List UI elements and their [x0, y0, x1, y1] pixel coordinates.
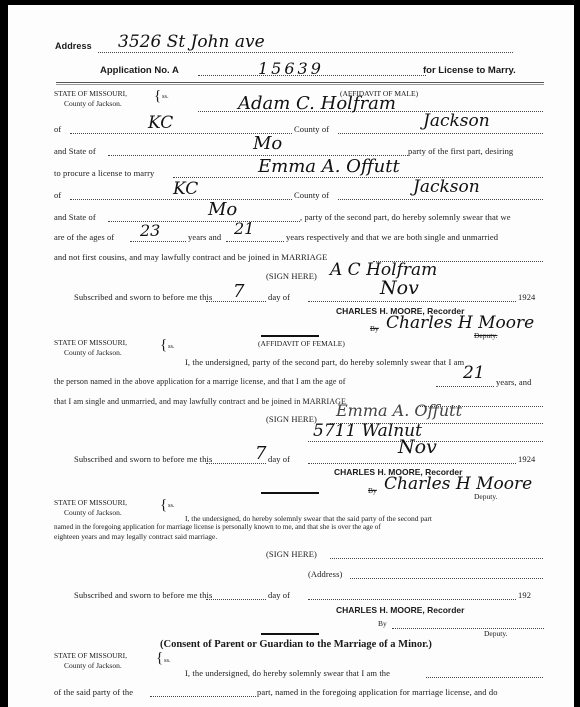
marriage-license-document: Address 3526 St John ave Application No.… [8, 5, 574, 707]
female-deputy: Deputy. [474, 492, 497, 501]
sworn-year: 1924 [518, 292, 535, 302]
consent-title: (Consent of Parent or Guardian to the Ma… [160, 639, 432, 650]
address-label: Address [55, 41, 92, 51]
state-label-3: STATE OF MISSOURI, [54, 498, 127, 507]
female-age: 21 [463, 363, 485, 383]
ages-text-3: years respectively and that we are both … [286, 232, 498, 242]
female-sworn-month: Nov [398, 436, 437, 458]
state-label-4: STATE OF MISSOURI, [54, 651, 127, 660]
county-line [338, 133, 543, 134]
cousins-text: and not first cousins, and may lawfully … [54, 252, 327, 262]
address-value: 3526 St John ave [118, 32, 265, 52]
female-line-3: that I am single and unmarried, and may … [54, 397, 346, 406]
witness-line-1: I, the undersigned, do hereby solemnly s… [185, 514, 432, 523]
ages-text-2: years and [188, 232, 221, 242]
state-of-label: and State of [54, 146, 96, 156]
consent-line-2a: of the said party of the [54, 687, 133, 697]
state-of-label-2: and State of [54, 212, 96, 222]
second-part-text: , party of the second part, do hereby so… [300, 212, 511, 222]
male-county: Jackson [423, 111, 490, 131]
license-label: for License to Marry. [423, 65, 516, 76]
witness-month-line[interactable] [308, 599, 516, 600]
witness-recorder: CHARLES H. MOORE, Recorder [336, 605, 464, 615]
of-label: of [54, 124, 61, 134]
deputy-label: Deputy. [474, 331, 497, 340]
brace: { [154, 89, 161, 104]
male-city: KC [148, 113, 173, 133]
county-label-4: County of Jackson. [64, 661, 122, 670]
witness-line-3: eighteen years and may legally contract … [54, 532, 217, 541]
female-month-line [308, 463, 516, 464]
ages-text-1: are of the ages of [54, 232, 114, 242]
female-age-line [436, 386, 494, 387]
day-of-label: day of [268, 292, 290, 302]
age-female-line [226, 241, 284, 242]
ss-label: ss. [162, 93, 169, 100]
age-female: 21 [234, 219, 254, 238]
bride-name: Emma A. Offutt [258, 156, 400, 177]
address-line [98, 52, 513, 53]
female-line-1: I, the undersigned, party of the second … [185, 357, 464, 367]
month-line [308, 301, 516, 302]
first-part-text: party of the first part, desiring [408, 146, 513, 156]
age-male-line [130, 241, 186, 242]
witness-deputy: Deputy. [484, 629, 507, 638]
female-affidavit-title: (AFFIDAVIT OF FEMALE) [258, 339, 345, 348]
sign-here-label: (SIGN HERE) [266, 271, 317, 281]
male-name: Adam C. Holfram [238, 93, 396, 114]
county-of-label-2: County of [294, 190, 329, 200]
female-signature: Emma A. Offutt [336, 401, 462, 420]
witness-day-line[interactable] [206, 599, 266, 600]
ss-label-3: ss. [168, 502, 175, 509]
female-deputy-signature: Charles H Moore [384, 474, 532, 494]
state-label: STATE OF MISSOURI, [54, 89, 127, 98]
brace-3: { [160, 498, 167, 513]
female-sign-here: (SIGN HERE) [266, 414, 317, 424]
county-of-label: County of [294, 124, 329, 134]
bride-state-line [108, 221, 300, 222]
witness-sign-line[interactable] [330, 558, 543, 559]
county-label: County of Jackson. [64, 99, 122, 108]
consent-relation-line[interactable] [426, 677, 543, 678]
witness-year: 192 [518, 590, 531, 600]
consent-line-1: I, the undersigned, do hereby solemnly s… [185, 668, 390, 678]
witness-by: By [378, 619, 387, 628]
witness-day-of: day of [268, 590, 290, 600]
sworn-day: 7 [233, 281, 244, 302]
age-male: 23 [140, 221, 160, 240]
section-divider-2 [261, 492, 319, 494]
bride-county: Jackson [413, 177, 480, 197]
brace-4: { [156, 651, 163, 666]
ss-label-4: ss. [164, 657, 171, 664]
header-divider [56, 82, 544, 83]
consent-line-2b: part, named in the foregoing application… [257, 687, 498, 697]
female-by: By [368, 486, 377, 495]
by-label: By [370, 324, 379, 333]
witness-sworn-text: Subscribed and sworn to before me this [74, 590, 212, 600]
county-label-3: County of Jackson. [64, 508, 122, 517]
consent-part-line[interactable] [150, 696, 256, 697]
ss-label-2: ss. [168, 343, 175, 350]
header-divider-2 [56, 84, 544, 85]
bride-state: Mo [208, 199, 237, 220]
brace-2: { [160, 338, 167, 353]
state-label-2: STATE OF MISSOURI, [54, 338, 127, 347]
witness-sign-here: (SIGN HERE) [266, 549, 317, 559]
female-sworn-day: 7 [255, 443, 266, 464]
female-sworn-text: Subscribed and sworn to before me this [74, 454, 212, 464]
procure-text: to procure a license to marry [54, 168, 154, 178]
of-label-2: of [54, 190, 61, 200]
county-label-2: County of Jackson. [64, 348, 122, 357]
female-sworn-year: 1924 [518, 454, 535, 464]
bride-city: KC [173, 179, 198, 199]
female-line-2b: years, and [496, 377, 531, 387]
female-line-2a: the person named in the above applicatio… [54, 377, 345, 386]
bride-line [173, 177, 543, 178]
application-number: 15639 [258, 59, 324, 78]
section-divider-1 [261, 335, 319, 337]
sworn-month: Nov [380, 277, 419, 299]
sworn-text: Subscribed and sworn to before me this [74, 292, 212, 302]
bride-county-line [338, 199, 543, 200]
section-divider-3 [261, 633, 319, 635]
witness-deputy-line[interactable] [392, 628, 544, 629]
female-day-of: day of [268, 454, 290, 464]
application-label: Application No. A [100, 65, 179, 76]
witness-address-label: (Address) [308, 569, 342, 579]
deputy-signature: Charles H Moore [386, 313, 534, 333]
male-state: Mo [253, 133, 282, 154]
witness-line-2: named in the foregoing application for m… [54, 523, 381, 531]
bride-city-line [70, 199, 292, 200]
witness-address-line[interactable] [350, 578, 543, 579]
